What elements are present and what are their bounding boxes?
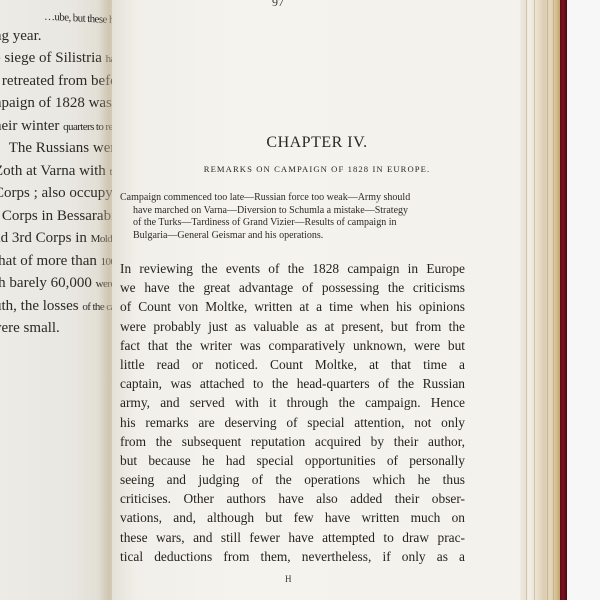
page-edge-line [534, 0, 535, 600]
body-line: these wars, and still fewer have attempt… [120, 528, 465, 547]
synopsis-line: Campaign commenced too late—Russian forc… [120, 192, 465, 205]
body-line: we have the great advantage of possessin… [120, 278, 465, 297]
chapter-subtitle: REMARKS ON CAMPAIGN OF 1828 IN EUROPE. [112, 164, 522, 174]
page-number: 97 [272, 0, 284, 10]
body-line: little read or noticed. Count Moltke, at… [120, 355, 465, 374]
body-line: In reviewing the events of the 1828 camp… [120, 259, 465, 278]
signature-mark: H [285, 574, 292, 584]
page-edge-line [526, 0, 527, 600]
body-line: vations, and, although but few have writ… [120, 508, 465, 527]
chapter-synopsis: Campaign commenced too late—Russian forc… [120, 192, 465, 242]
body-line: tical deductions from them, nevertheless… [120, 547, 465, 566]
current-page: 97 CHAPTER IV. REMARKS ON CAMPAIGN OF 18… [112, 0, 522, 600]
body-line: of Count von Moltke, written at a time w… [120, 297, 465, 316]
body-line: seeing and judging of the operations whi… [120, 470, 465, 489]
body-line: criticises. Other authors have also adde… [120, 489, 465, 508]
body-line: captain, was attached to the head-quarte… [120, 374, 465, 393]
page-edge-line [553, 0, 554, 600]
body-line: were probably just as valuable as at pre… [120, 317, 465, 336]
body-line: fact that the writer was comparatively u… [120, 336, 465, 355]
book-photo: …ube, but these ho… ng year. e siege of … [0, 0, 600, 600]
page-edge-line [547, 0, 548, 600]
body-line: his remarks are deserving of special att… [120, 413, 465, 432]
background [567, 0, 600, 600]
page-edges [520, 0, 564, 600]
body-line: from the subsequent reputation acquired … [120, 432, 465, 451]
chapter-title: CHAPTER IV. [112, 134, 522, 152]
book-cover-edge [560, 0, 567, 600]
body-line: but because he had special opportunities… [120, 451, 465, 470]
synopsis-line: of the Turks—Tardiness of Grand Vizier—R… [120, 217, 465, 230]
synopsis-line: Bulgaria—General Geismar and his operati… [120, 230, 465, 243]
synopsis-line: have marched on Varna—Diversion to Schum… [120, 205, 465, 218]
body-text: In reviewing the events of the 1828 camp… [120, 259, 465, 566]
body-line: army, and served with it through the cam… [120, 393, 465, 412]
